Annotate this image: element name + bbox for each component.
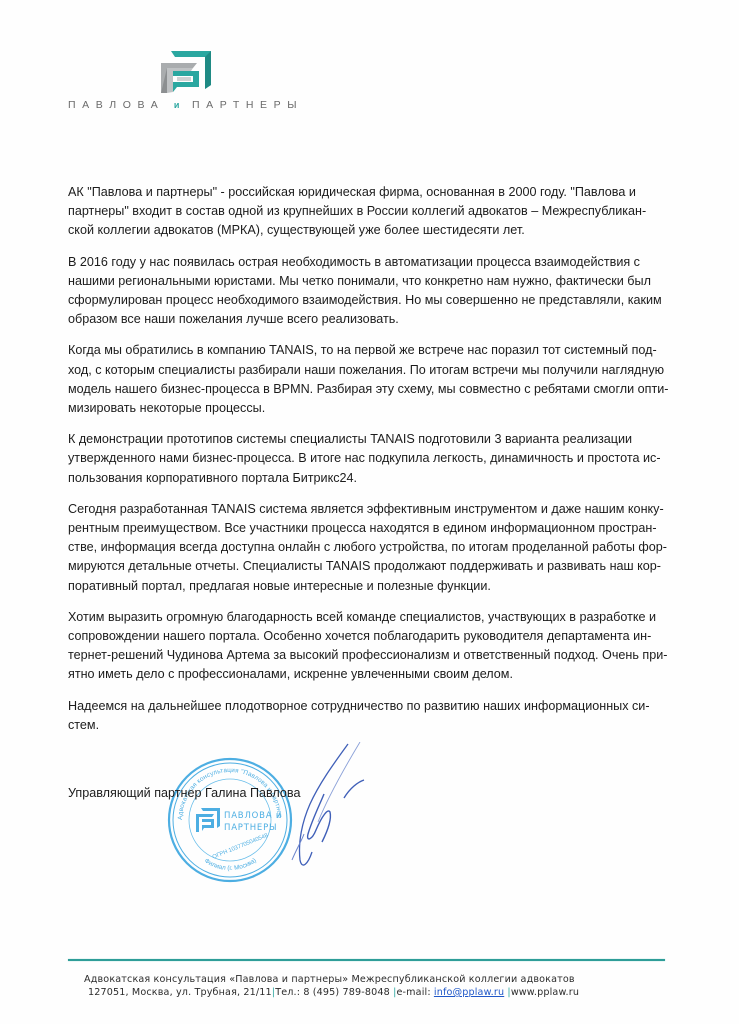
company-wordmark: ПАВЛОВА и ПАРТНЕРЫ <box>68 99 303 111</box>
wordmark-and: и <box>174 100 183 110</box>
letter-body: АК "Павлова и партнеры" - российская юри… <box>68 183 678 747</box>
text-line: ход, с которым специалисты разбирали наш… <box>68 361 678 380</box>
text-line: поративный портал, предлагая новые интер… <box>68 577 678 596</box>
text-line: ятно иметь дело с профессионалами, искре… <box>68 665 678 684</box>
paragraph-gratitude: Хотим выразить огромную благодарность вс… <box>68 608 678 685</box>
footer-website[interactable]: www.pplaw.ru <box>511 987 579 998</box>
text-line: АК "Павлова и партнеры" - российская юри… <box>68 183 678 202</box>
text-line: сформулирован процесс необходимого взаим… <box>68 291 678 310</box>
footer-address: 127051, Москва, ул. Трубная, 21/11 <box>88 987 272 998</box>
text-line: сопровождении нашего портала. Особенно х… <box>68 627 678 646</box>
svg-text:ПАВЛОВА и: ПАВЛОВА и <box>224 811 282 821</box>
paragraph-need: В 2016 году у нас появилась острая необх… <box>68 253 678 330</box>
text-line: Сегодня разработанная TANAIS система явл… <box>68 500 678 519</box>
text-line: В 2016 году у нас появилась острая необх… <box>68 253 678 272</box>
text-line: стем. <box>68 716 678 735</box>
handwritten-signature-icon <box>290 742 390 882</box>
svg-text:ОГРН 1037705040548: ОГРН 1037705040548 <box>212 833 269 861</box>
footer-email-label: e-mail: <box>397 987 434 998</box>
wordmark-left: ПАВЛОВА <box>68 99 164 111</box>
footer-org-name: Адвокатская консультация «Павлова и парт… <box>84 973 579 986</box>
text-line: модель нашего бизнес-процесса в BPMN. Ра… <box>68 380 678 399</box>
text-line: стве, информация всегда доступна онлайн … <box>68 538 678 557</box>
text-line: пользования корпоративного портала Битри… <box>68 469 678 488</box>
text-line: Хотим выразить огромную благодарность вс… <box>68 608 678 627</box>
text-line: рентным преимуществом. Все участники про… <box>68 519 678 538</box>
letter-page: ПАВЛОВА и ПАРТНЕРЫ АК "Павлова и партнер… <box>0 0 739 1024</box>
signer-name: Управляющий партнер Галина Павлова <box>68 786 300 800</box>
footer-contact-line: 127051, Москва, ул. Трубная, 21/11|Тел.:… <box>84 986 579 999</box>
text-line: Когда мы обратились в компанию TANAIS, т… <box>68 341 678 360</box>
paragraph-prototypes: К демонстрации прототипов системы специа… <box>68 430 678 488</box>
paragraph-founding: АК "Павлова и партнеры" - российская юри… <box>68 183 678 241</box>
company-seal-stamp-icon: Адвокатская консультация "Павлова и парт… <box>166 756 294 884</box>
text-line: Надеемся на дальнейшее плодотворное сотр… <box>68 697 678 716</box>
footer-phone: Тел.: 8 (495) 789-8048 <box>275 987 393 998</box>
text-line: ской коллегии адвокатов (МРКА), существу… <box>68 221 678 240</box>
paragraph-first-meeting: Когда мы обратились в компанию TANAIS, т… <box>68 341 678 418</box>
text-line: тернет-решений Чудинова Артема за высоки… <box>68 646 678 665</box>
text-line: мизировать некоторые процессы. <box>68 399 678 418</box>
footer-contacts: Адвокатская консультация «Павлова и парт… <box>84 973 579 999</box>
footer-divider <box>68 959 665 961</box>
text-line: мируются детальные отчеты. Специалисты T… <box>68 557 678 576</box>
paragraph-results: Сегодня разработанная TANAIS система явл… <box>68 500 678 596</box>
svg-text:Филиал (г. Москва): Филиал (г. Москва) <box>203 857 258 872</box>
svg-text:ПАРТНЕРЫ: ПАРТНЕРЫ <box>224 823 277 833</box>
wordmark-right: ПАРТНЕРЫ <box>192 99 303 111</box>
text-line: партнеры" входит в состав одной из крупн… <box>68 202 678 221</box>
footer-email-link[interactable]: info@pplaw.ru <box>434 987 504 998</box>
text-line: К демонстрации прототипов системы специа… <box>68 430 678 449</box>
pavlova-partners-logo-icon <box>157 49 213 93</box>
paragraph-closing: Надеемся на дальнейшее плодотворное сотр… <box>68 697 678 735</box>
text-line: утвержденного нами бизнес-процесса. В ит… <box>68 449 678 468</box>
text-line: нашими региональными юристами. Мы четко … <box>68 272 678 291</box>
text-line: образом все наши пожелания лучше всего р… <box>68 310 678 329</box>
